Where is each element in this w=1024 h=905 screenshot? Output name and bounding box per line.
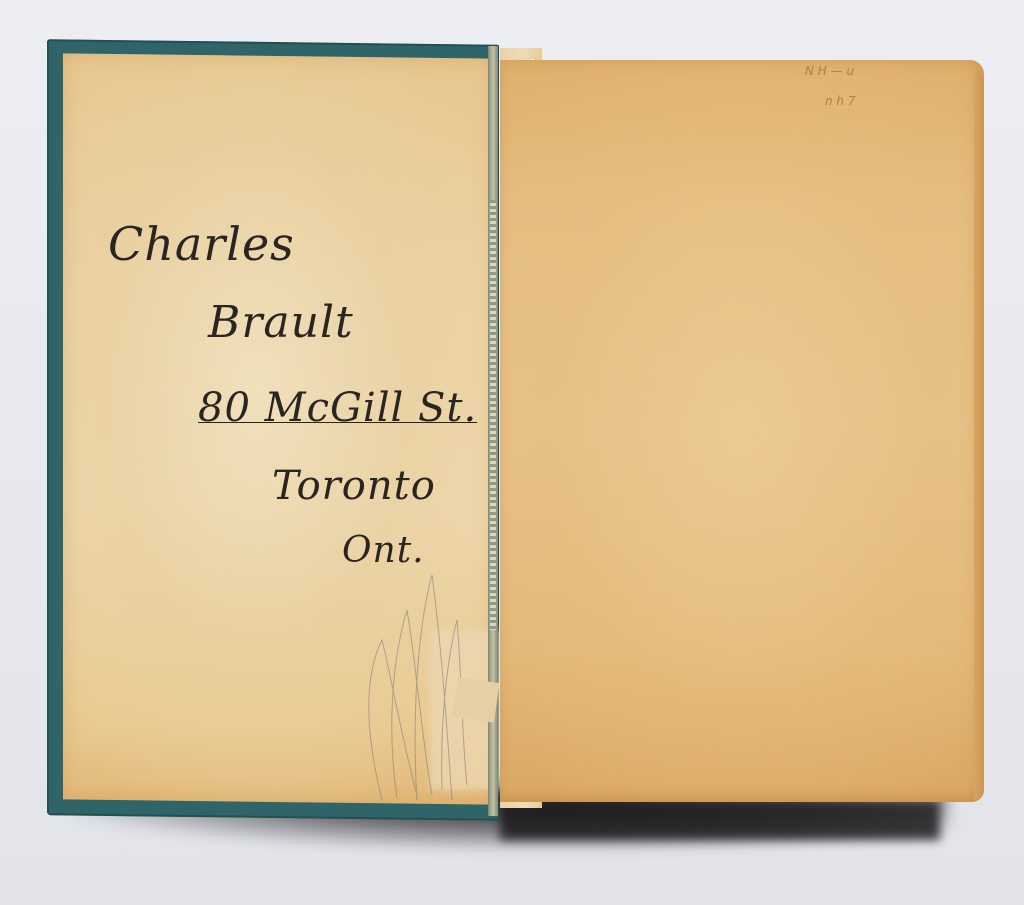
inscription-city: Toronto [272, 463, 436, 509]
right-blank-page [500, 60, 984, 802]
inscription-surname: Brault [208, 297, 354, 348]
ownership-inscription: Charles Brault 80 McGill St. Toronto Ont… [100, 205, 480, 605]
binding-stitching [490, 200, 496, 630]
torn-paper-fragment [452, 677, 499, 722]
page-fore-edge [974, 70, 984, 800]
book-photo: Charles Brault 80 McGill St. Toronto Ont… [0, 0, 1024, 905]
inscription-first-name: Charles [108, 217, 295, 271]
inscription-province: Ont. [342, 530, 425, 571]
text-block-shadow [500, 800, 940, 840]
pencil-note-1: N H — u [805, 64, 854, 78]
pencil-note-2: n h 7 [825, 94, 855, 108]
inscription-street: 80 McGill St. [198, 385, 477, 431]
